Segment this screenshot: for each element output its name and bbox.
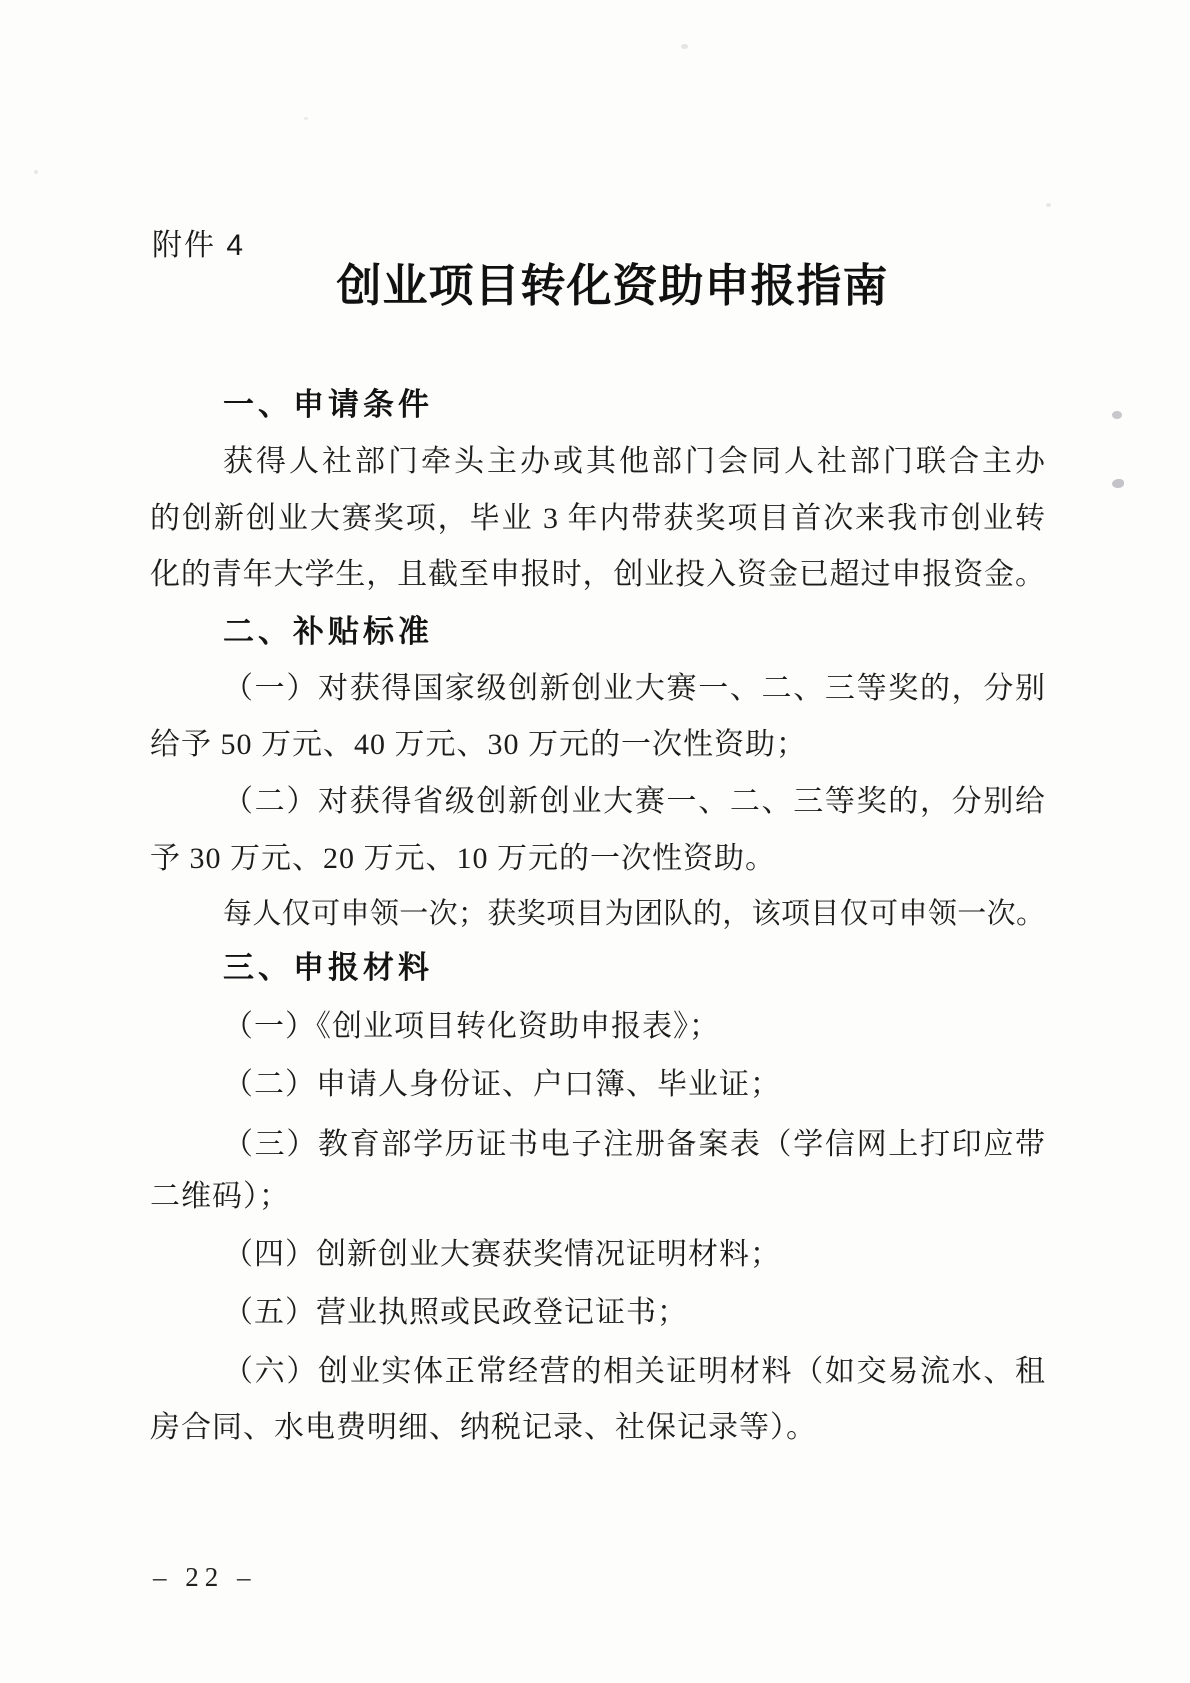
list-item-line: （五）营业执照或民政登记证书； [223,1296,688,1330]
list-item-line: （六）创业实体正常经营的相关证明材料（如交易流水、租 [223,1355,1045,1389]
paragraph-line: 获得人社部门牵头主办或其他部门会同人社部门联合主办 [223,445,1045,479]
section-2-heading: 二、补贴标准 [223,615,433,650]
scan-speck [34,170,38,174]
section-1-heading: 一、申请条件 [223,388,433,423]
list-item-line: （四）创新创业大赛获奖情况证明材料； [223,1238,781,1272]
page-number: – 22 – [153,1562,257,1593]
list-item-line: 予 30 万元、20 万元、10 万元的一次性资助。 [150,842,776,876]
scan-speck [1046,203,1051,207]
paragraph-line: 的创新创业大赛奖项，毕业 3 年内带获奖项目首次来我市创业转 [150,502,1045,536]
scan-speck [304,117,308,120]
list-item-line: （二）对获得省级创新创业大赛一、二、三等奖的，分别给 [223,785,1045,819]
scan-speck [1112,479,1124,488]
scan-speck [1112,411,1122,419]
list-item-line: 二维码）； [150,1180,290,1214]
paragraph-line: 化的青年大学生，且截至申报时，创业投入资金已超过申报资金。 [150,558,1045,592]
list-item-line: （二）申请人身份证、户口簿、毕业证； [223,1068,781,1102]
document-title: 创业项目转化资助申报指南 [165,262,1060,312]
list-item-line: （三）教育部学历证书电子注册备案表（学信网上打印应带 [223,1128,1045,1162]
attachment-label: 附件 4 [152,220,245,264]
document-page: 附件 4 创业项目转化资助申报指南 一、申请条件 获得人社部门牵头主办或其他部门… [0,0,1190,1683]
list-item-line: 房合同、水电费明细、纳税记录、社保记录等）。 [150,1411,817,1445]
paragraph-line: 每人仅可申领一次；获奖项目为团队的，该项目仅可申领一次。 [223,898,1045,930]
list-item-line: 给予 50 万元、40 万元、30 万元的一次性资助； [150,728,807,762]
section-3-heading: 三、申报材料 [223,951,433,986]
list-item-line: （一）对获得国家级创新创业大赛一、二、三等奖的，分别 [223,672,1045,706]
scan-speck [681,44,688,49]
list-item-line: （一）《创业项目转化资助申报表》； [223,1010,720,1044]
